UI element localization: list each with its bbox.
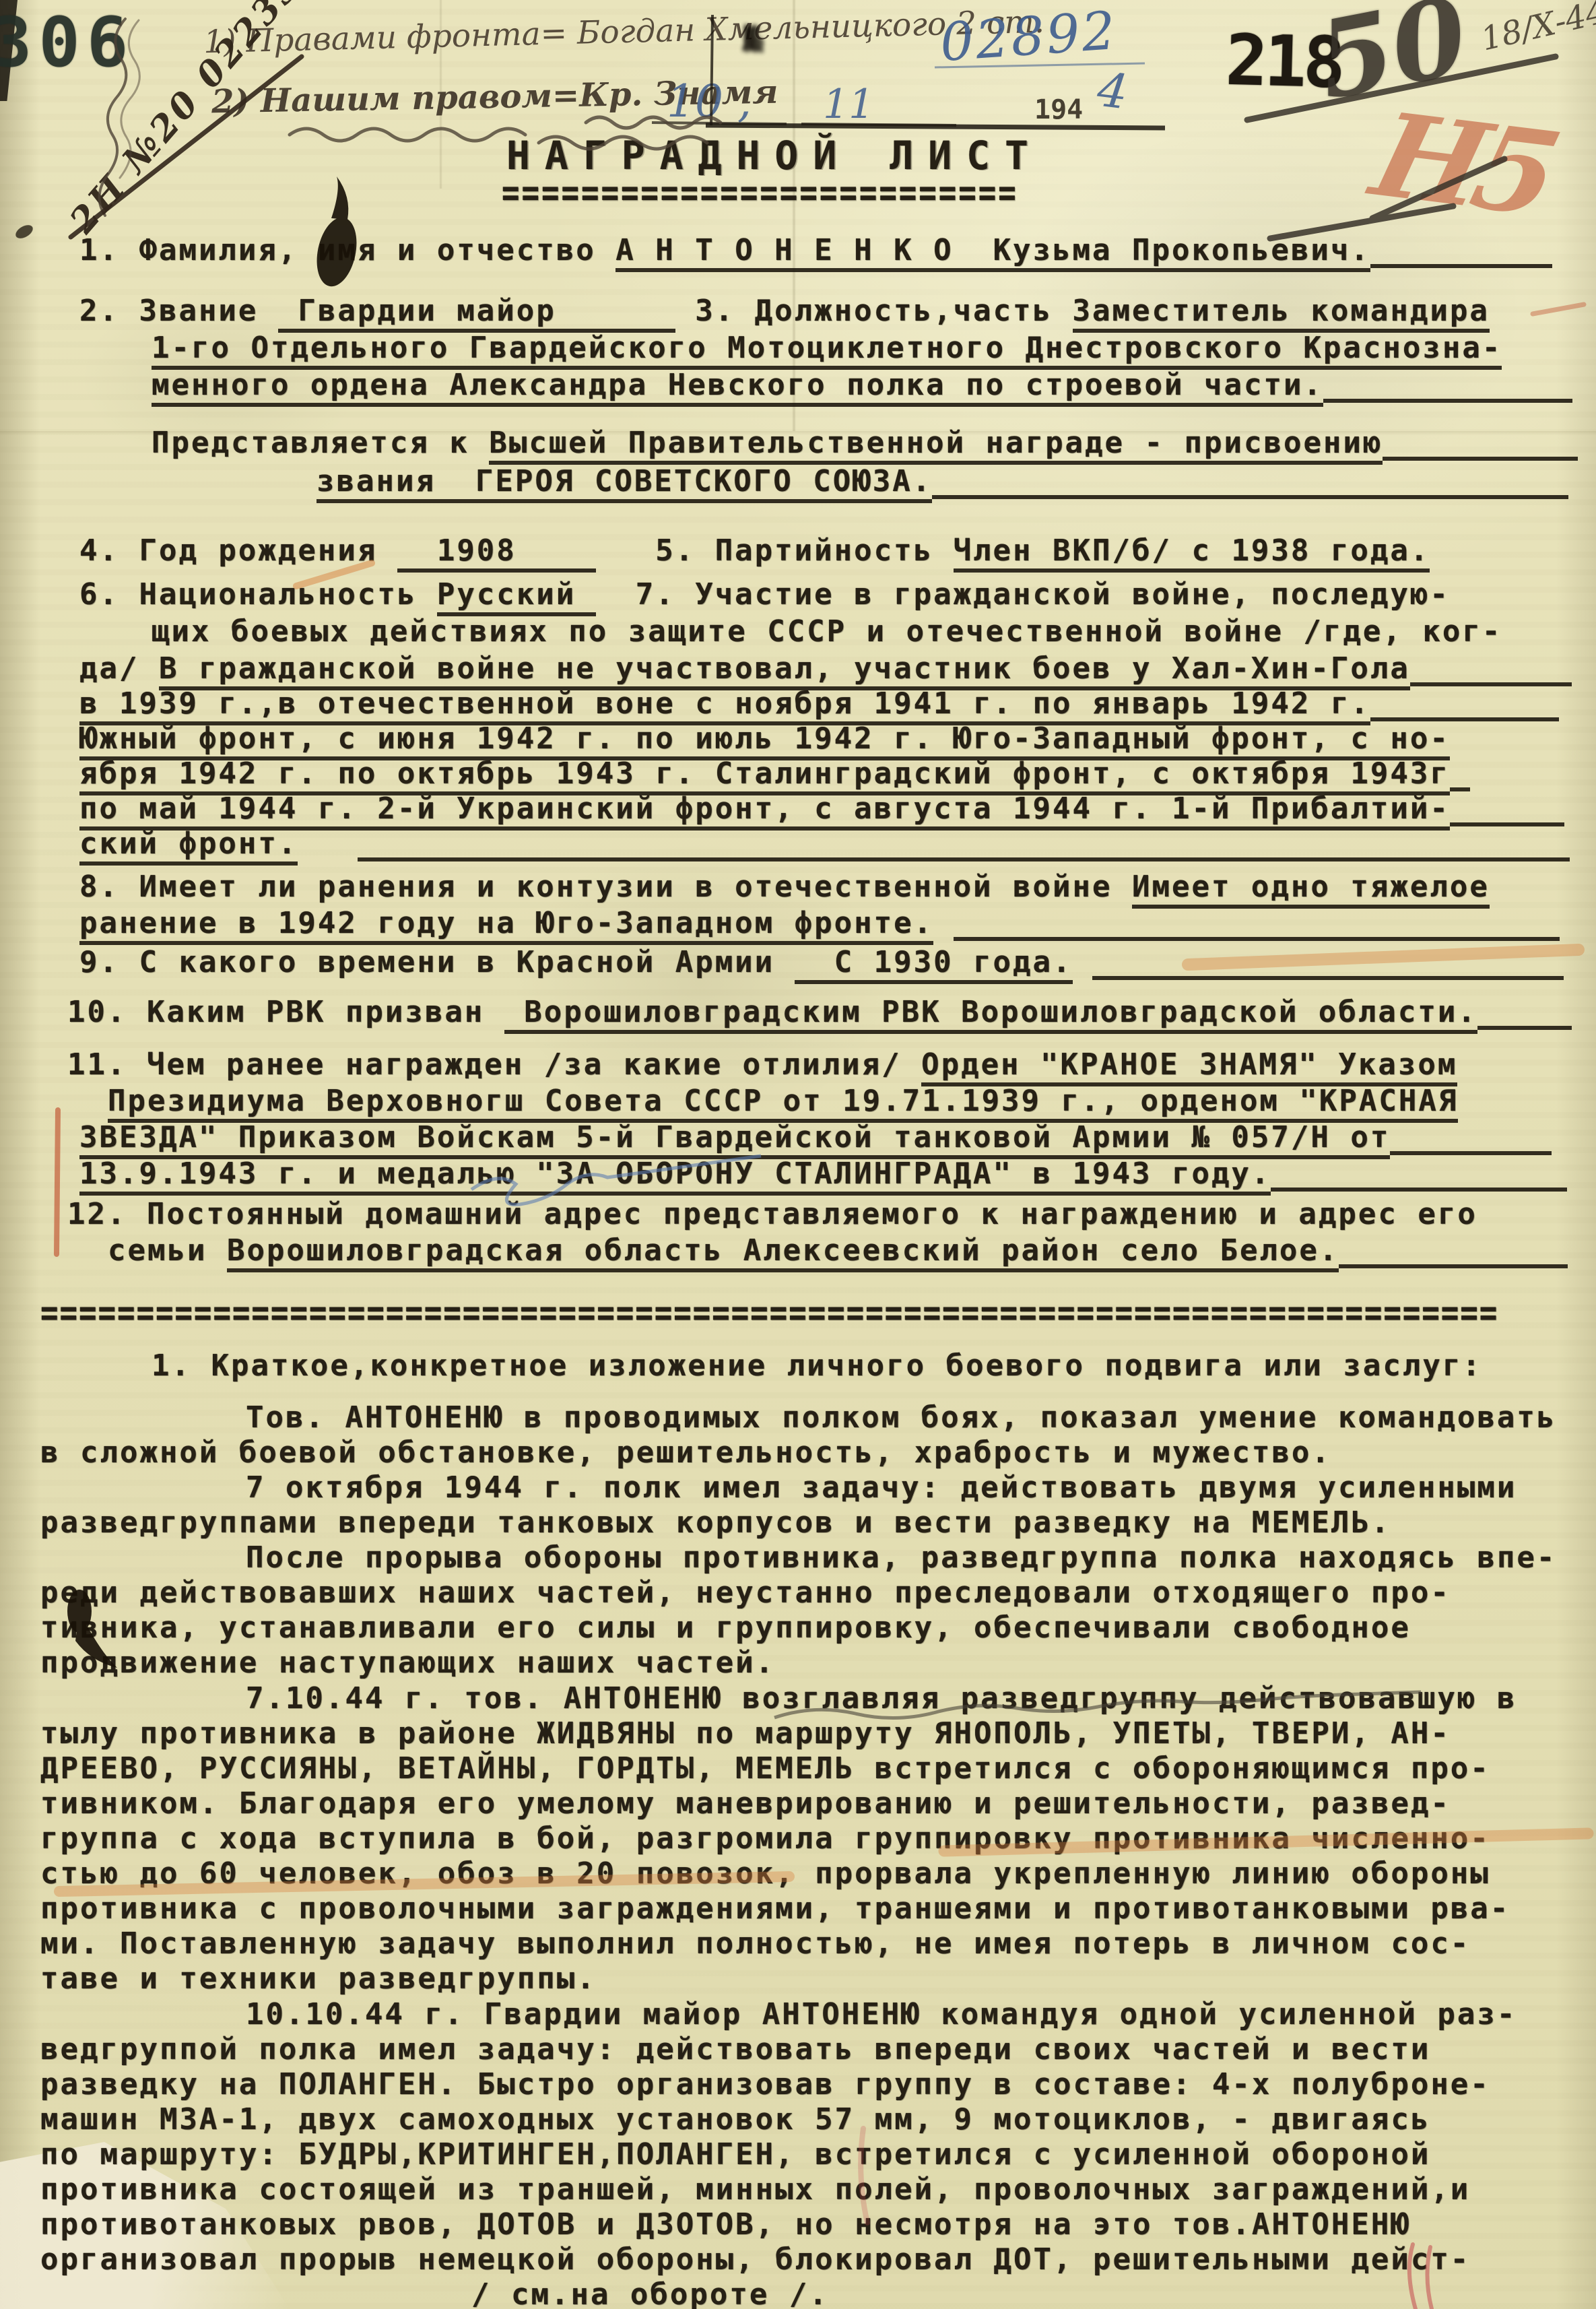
typed-line: 11. Чем ранее награжден /за какие отлили…	[67, 1048, 1457, 1082]
typed-line: в 1939 г.,в отечественной воне с ноября …	[79, 687, 1559, 721]
typed-line: 1. Фамилия, имя и отчество А Н Т О Н Е Н…	[79, 234, 1552, 268]
typed-line: щих боевых действиях по защите СССР и от…	[152, 615, 1502, 649]
typed-line: ведгруппой полка имел задачу: действоват…	[40, 2033, 1430, 2067]
typed-line: ранение в 1942 году на Юго-Западном фрон…	[79, 907, 1560, 941]
typed-line: Представляется к Высшей Правительственно…	[152, 426, 1578, 461]
typed-line: противника состоящей из траншей, минных …	[40, 2173, 1470, 2207]
typed-line: тивником. Благодаря его умелому маневрир…	[40, 1787, 1451, 1821]
typed-line: Южный фронт, с июня 1942 г. по июль 1942…	[79, 722, 1450, 756]
typed-line: ==========================	[502, 171, 1018, 216]
typed-line: менного ордена Александра Невского полка…	[152, 368, 1572, 403]
typed-line: 12. Постоянный домашний адрес представля…	[67, 1198, 1477, 1232]
incoming-stamp-year-printed: 194	[1034, 94, 1083, 125]
typed-line: да/ В гражданской войне не участвовал, у…	[79, 652, 1572, 686]
typed-line: тылу противника в районе ЖИДВЯНЫ по марш…	[40, 1717, 1451, 1751]
typed-line: противника с проволочными заграждениями,…	[40, 1892, 1510, 1926]
typed-line: ========================================…	[40, 1293, 1498, 1335]
typed-line: / см.на обороте /.	[471, 2278, 829, 2309]
typed-line: 10.10.44 г. Гвардии майор АНТОНЕНЮ коман…	[246, 1998, 1517, 2032]
typed-line: разведку на ПОЛАНГЕН. Быстро организовав…	[40, 2068, 1490, 2102]
typed-line: группа с хода вступила в бой, разгромила…	[40, 1822, 1490, 1856]
red-pencil-mark: Н5	[1360, 87, 1564, 241]
typed-line: организовал прорыв немецкой обороны, бло…	[40, 2243, 1470, 2277]
typed-line: таве и техники разведгруппы.	[40, 1962, 597, 1996]
typed-line: машин МЗА-1, двух самоходных установок 5…	[40, 2103, 1430, 2137]
typed-line: ский фронт.	[79, 827, 1570, 861]
typed-line: 13.9.1943 г. и медалью "ЗА ОБОРОНУ СТАЛИ…	[79, 1157, 1567, 1192]
typed-line: ЗВЕЗДА" Приказом Войскам 5-й Гвардейской…	[79, 1121, 1552, 1155]
typed-line: 2. Звание Гвардии майор 3. Должность,час…	[79, 294, 1490, 329]
typed-line: 7 октября 1944 г. полк имел задачу: дейс…	[246, 1471, 1517, 1505]
typed-line: 8. Имеет ли ранения и контузии в отечест…	[79, 870, 1490, 905]
corner-number-stamp: 306	[0, 3, 135, 83]
incoming-stamp-year-digit: 4	[1094, 62, 1131, 121]
typed-line: стью до 60 человек, обоз в 20 повозок, п…	[40, 1857, 1490, 1891]
incoming-stamp-day: 10 ,	[667, 75, 752, 127]
corner-date-note: 18/Х-44	[1477, 0, 1596, 59]
typed-line: ДРЕЕВО, РУССИЯНЫ, ВЕТАЙНЫ, ГОРДТЫ, МЕМЕЛ…	[40, 1752, 1490, 1786]
typed-line: Президиума Верховногш Совета СССР от 19.…	[108, 1084, 1458, 1119]
typed-line: 1-го Отдельного Гвардейского Мотоциклетн…	[152, 331, 1502, 366]
typed-line: разведгруппами впереди танковых корпусов…	[40, 1506, 1391, 1540]
typed-line: по маршруту: БУДРЫ,КРИТИНГЕН,ПОЛАНГЕН, в…	[40, 2138, 1430, 2172]
typed-line: в сложной боевой обстановке, решительнос…	[40, 1436, 1331, 1470]
typed-line: звания ГЕРОЯ СОВЕТСКОГО СОЮЗА.	[317, 465, 1568, 499]
typed-line: по май 1944 г. 2-й Украинский фронт, с а…	[79, 792, 1564, 826]
typed-line: 1. Краткое,конкретное изложение личного …	[152, 1349, 1482, 1384]
typed-line: ября 1942 г. по октябрь 1943 г. Сталингр…	[79, 757, 1470, 791]
typed-line: 7.10.44 г. тов. АНТОНЕНЮ возглавляя разв…	[246, 1682, 1517, 1716]
typed-line: реди действовавших наших частей, неустан…	[40, 1576, 1451, 1611]
incoming-stamp-month: 11	[823, 81, 874, 128]
typed-line: Тов. АНТОНЕНЮ в проводимых полком боях, …	[246, 1401, 1556, 1435]
typed-line: ми. Поставленную задачу выполнил полност…	[40, 1927, 1470, 1961]
typed-line: После прорыва обороны противника, развед…	[246, 1541, 1556, 1575]
incoming-stamp-number: 02892	[938, 1, 1119, 73]
typed-line: 6. Национальность Русский 7. Участие в г…	[79, 578, 1450, 612]
typed-line: продвижение наступающих наших частей.	[40, 1646, 775, 1681]
typed-line: 9. С какого времени в Красной Армии С 19…	[79, 946, 1564, 980]
typed-line: противотанковых рвов, ДОТОВ и ДЗОТОВ, но…	[40, 2208, 1411, 2242]
typed-line: 4. Год рождения 1908 5. Партийность Член…	[79, 534, 1430, 568]
typed-line: 10. Каким РВК призван Ворошиловградским …	[67, 996, 1572, 1030]
typed-line: семьи Ворошиловградская область Алексеев…	[108, 1234, 1568, 1268]
award-sheet-document: 306 1) Правами фронта= Богдан Хмельницко…	[0, 0, 1596, 2309]
typed-line: тивника, устанавливали его силы и группи…	[40, 1611, 1411, 1646]
